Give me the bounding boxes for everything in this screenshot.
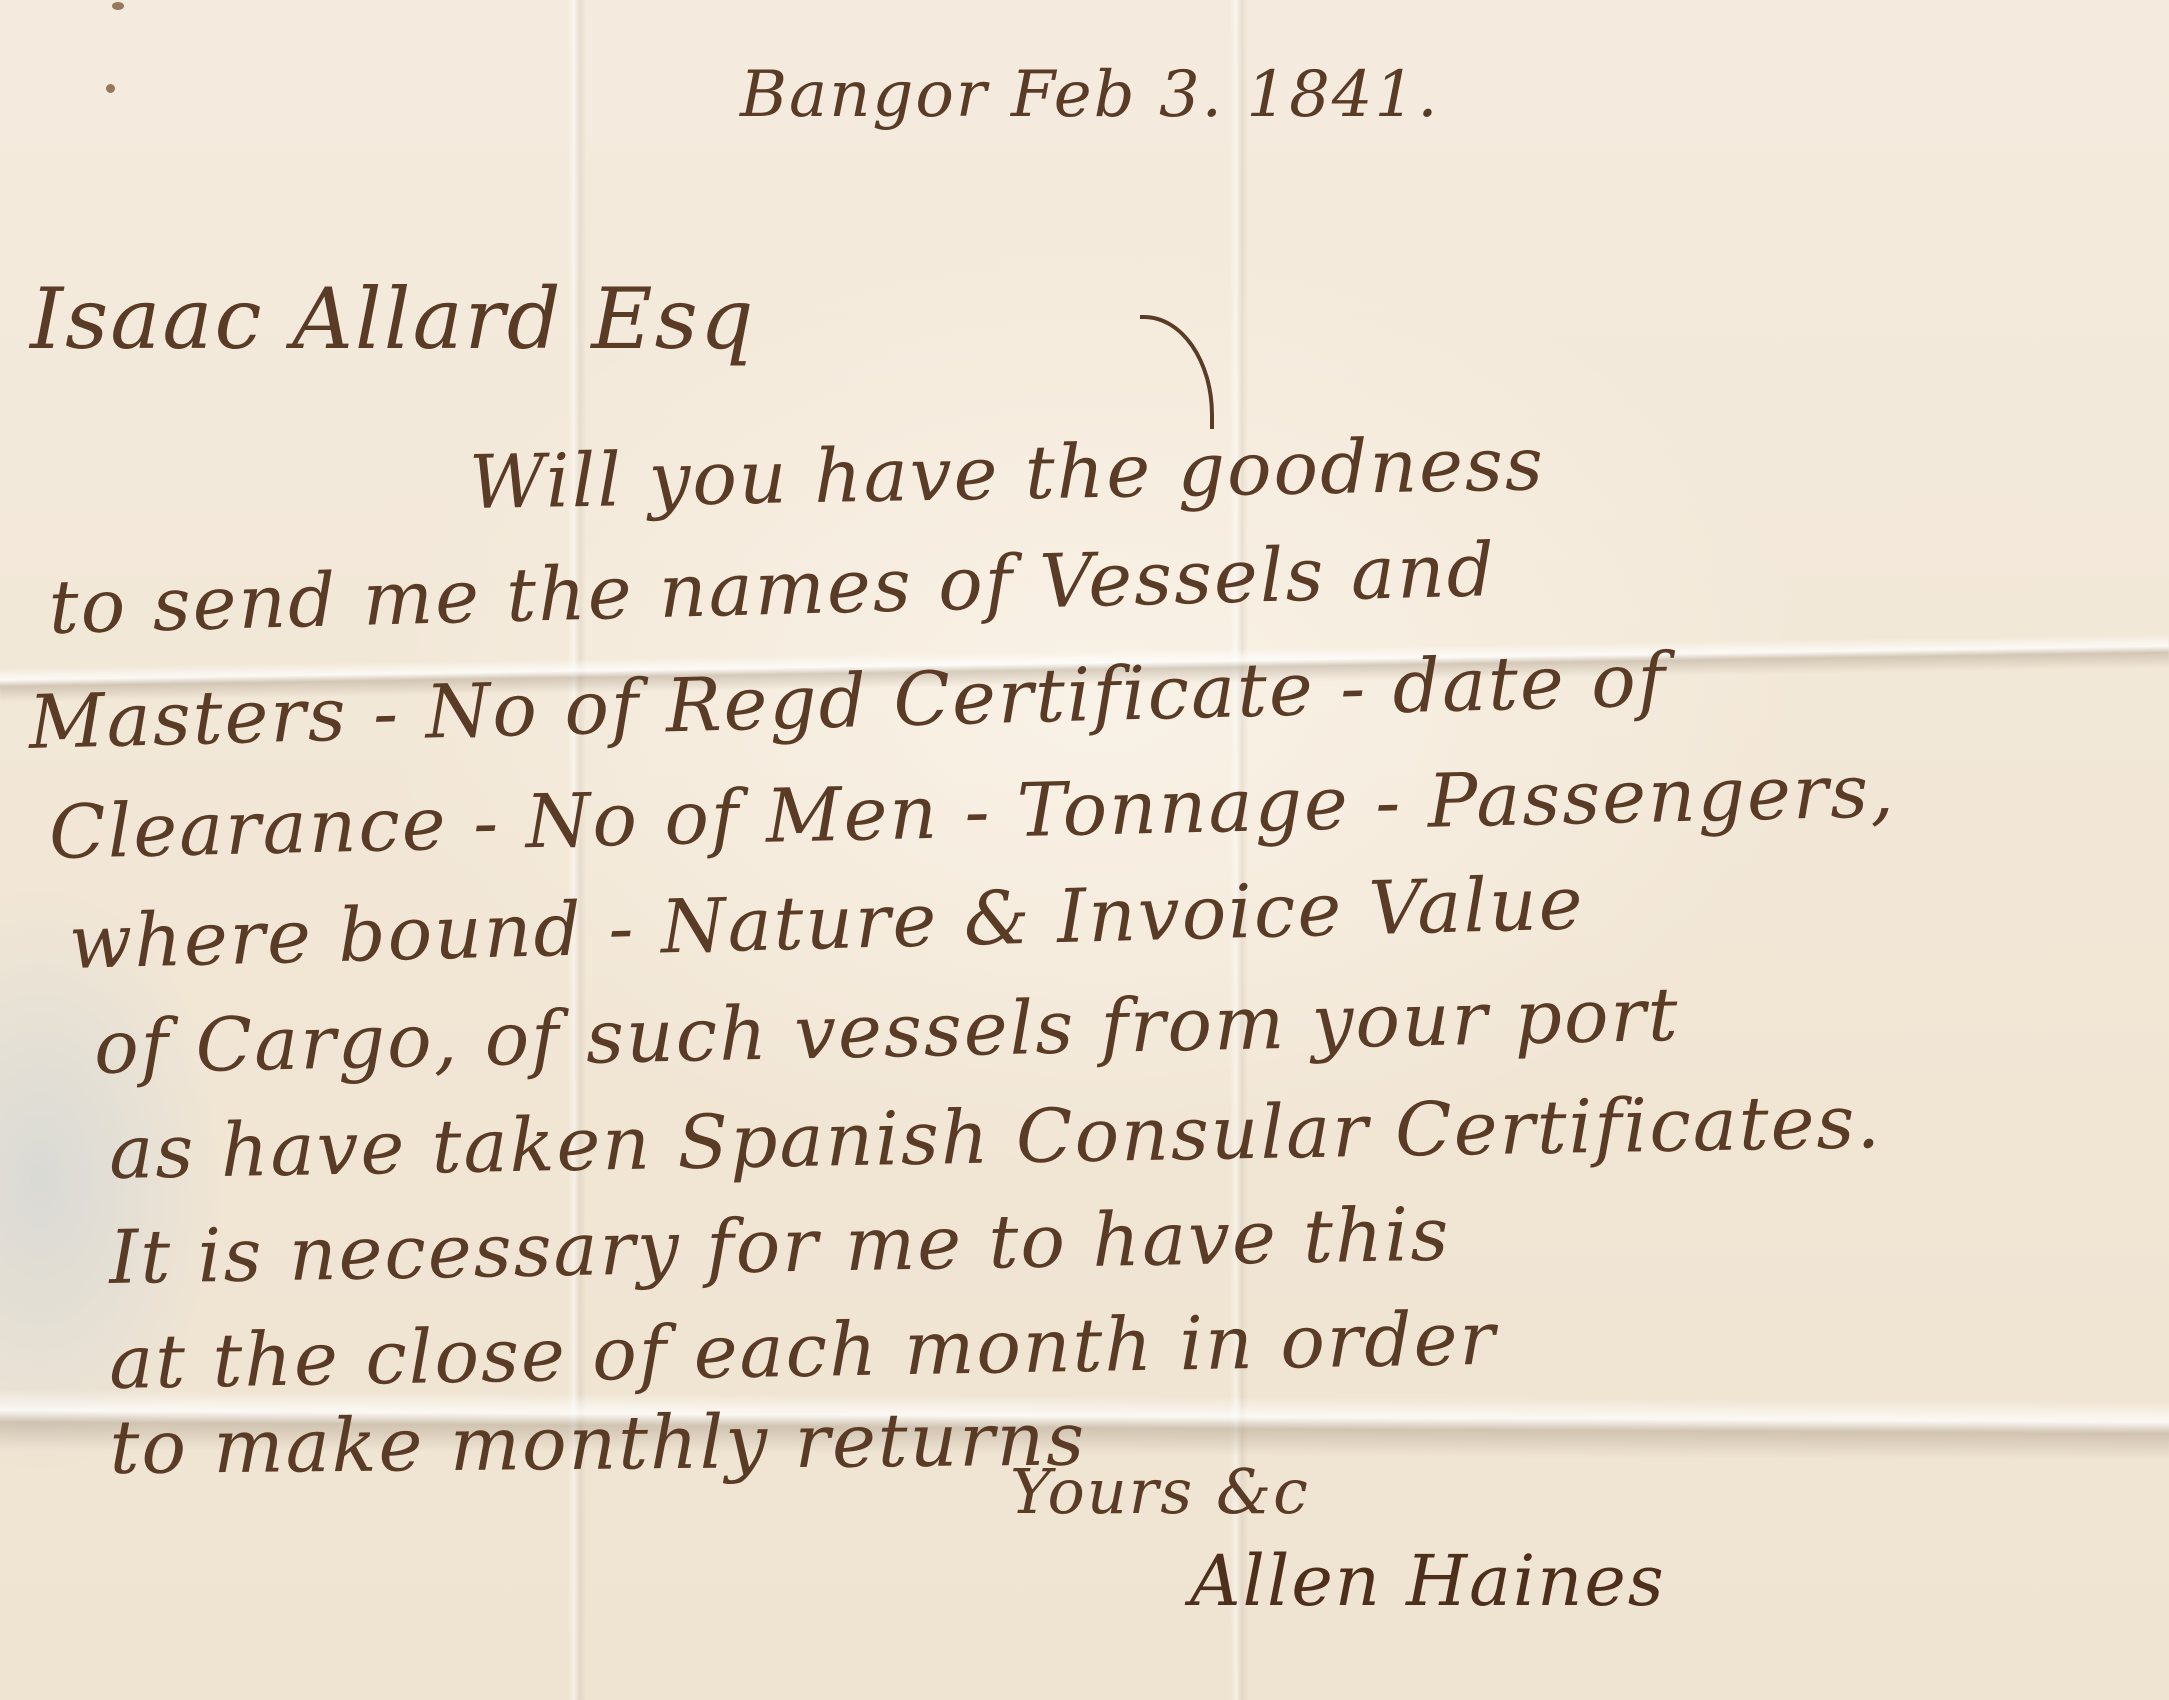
salutation-flourish <box>1140 315 1214 429</box>
letter-body-line: at the close of each month in order <box>108 1296 1497 1406</box>
ink-speck <box>106 84 115 93</box>
letter-body-line: It is necessary for me to have this <box>108 1192 1450 1301</box>
letter-body-line: as have taken Spanish Consular Certifica… <box>108 1079 1882 1196</box>
letter-dateline: Bangor Feb 3. 1841. <box>740 58 1440 132</box>
letter-page: Bangor Feb 3. 1841. Isaac Allard Esq Wil… <box>0 0 2169 1700</box>
letter-salutation: Isaac Allard Esq <box>30 270 756 368</box>
letter-body-line: of Cargo, of such vessels from your port <box>93 972 1680 1091</box>
letter-body-line: Will you have the goodness <box>468 421 1545 526</box>
letter-body-line: to send me the names of Vessels and <box>48 527 1497 651</box>
letter-signature: Allen Haines <box>1190 1540 1666 1622</box>
letter-body-line: Clearance - No of Men - Tonnage - Passen… <box>48 748 1897 876</box>
letter-body-line: where bound - Nature & Invoice Value <box>68 860 1586 986</box>
letter-body-line: to make monthly returns <box>109 1396 1086 1491</box>
ink-speck <box>112 2 124 10</box>
letter-closing: Yours &c <box>1010 1455 1310 1528</box>
